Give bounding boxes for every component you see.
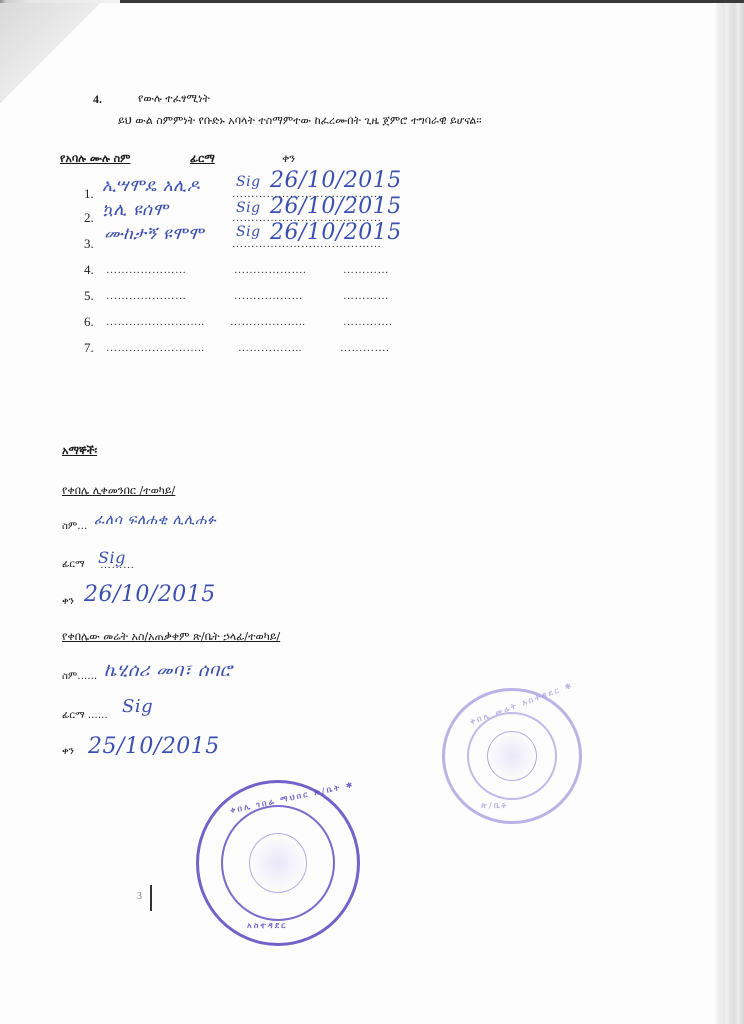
receiver-date-value: 26/10/2015	[84, 582, 216, 607]
row-index: 1.	[84, 186, 94, 202]
empty-date-field: …………	[343, 264, 389, 276]
header-signature: ፊርማ	[190, 152, 215, 166]
member-name: ሙከታኝ ዩሞሞ	[104, 224, 204, 244]
official-stamp-secondary: ቀበሌ መሬት አስተዳደር ✱ ጽ/ቤት	[442, 688, 582, 824]
office-date-label: ቀን	[62, 746, 74, 757]
office-name-label: ስም……	[62, 671, 97, 682]
empty-date-field: ………….	[343, 316, 392, 328]
office-name-value: ኬሂሰሪ መባ፣ ሰባሮ	[104, 660, 232, 681]
row-index: 2.	[84, 210, 94, 226]
member-signature: Sig	[236, 200, 261, 216]
member-signature: Sig	[236, 174, 261, 190]
stamp-inner-text: አስተዳደር	[247, 921, 288, 931]
empty-date-field: …………	[343, 290, 389, 302]
empty-signature-field: ………………	[234, 290, 303, 302]
receiver-signature: Sig	[98, 548, 126, 567]
member-date: 26/10/2015	[270, 168, 402, 193]
empty-name-field: ……………………..	[106, 316, 205, 328]
empty-date-field: ………….	[340, 342, 389, 354]
official-stamp-primary: ቀበሌ ገበሬ ማህበር ጽ/ቤት ✱ አስተዳደር	[196, 780, 360, 946]
member-date: 26/10/2015	[270, 194, 402, 219]
section-paragraph: ይህ ውል ስምምነት የቡድኑ አባላት ተስማምተው ከፈረሙበት ጊዜ ጀ…	[118, 114, 482, 128]
receiver-date-label: ቀን	[62, 596, 74, 607]
empty-name-field: …………………	[106, 264, 187, 276]
member-name: ኳሊ ዩሰሞ	[102, 200, 169, 220]
office-date-value: 25/10/2015	[88, 734, 220, 759]
member-signature: Sig	[236, 224, 261, 240]
receiver-name-value: ፈለሳ ፍለሐቂ ሊሊሐፉ	[94, 512, 217, 528]
office-signature: Sig	[122, 696, 153, 717]
receiver-title: የቀበሌ ሊቀመንበር /ተወካይ/	[62, 484, 175, 498]
header-date: ቀን	[282, 152, 295, 166]
empty-signature-field: ………………..	[230, 316, 306, 328]
empty-name-field: ……………………..	[106, 342, 205, 354]
empty-signature-field: ……………….	[234, 264, 306, 276]
office-signature-label: ፊርማ ……	[62, 710, 108, 721]
stamp-inner-text: ጽ/ቤት	[481, 801, 509, 811]
member-name: ኢሣሞዴ አሊዶ	[102, 176, 200, 196]
row-index: 4.	[84, 262, 94, 278]
page-number: 3	[137, 891, 142, 902]
header-member-name: የአባሉ ሙሉ ስም	[60, 152, 130, 166]
approvals-heading: አማኞች፡	[62, 444, 97, 458]
row-index: 6.	[84, 314, 94, 330]
empty-signature-field: ……………..	[238, 342, 302, 354]
row-index: 7.	[84, 340, 94, 356]
row-index: 5.	[84, 288, 94, 304]
page-marker-bar	[150, 885, 152, 911]
empty-name-field: …………………	[106, 290, 187, 302]
receiver-signature-label: ፊርማ	[62, 559, 85, 570]
row-index: 3.	[84, 236, 94, 252]
receiver-name-label: ስም…	[62, 521, 87, 532]
office-title: የቀበሌው መሬት አስ/አጠቃቀም ጽ/ቤት ኃላፊ/ተወካይ/	[62, 630, 280, 644]
section-title: የውሉ ተፈፃሚነት	[138, 92, 210, 106]
section-number: 4.	[93, 92, 102, 107]
page-stack-edge	[716, 3, 744, 1024]
member-date: 26/10/2015	[270, 220, 402, 245]
